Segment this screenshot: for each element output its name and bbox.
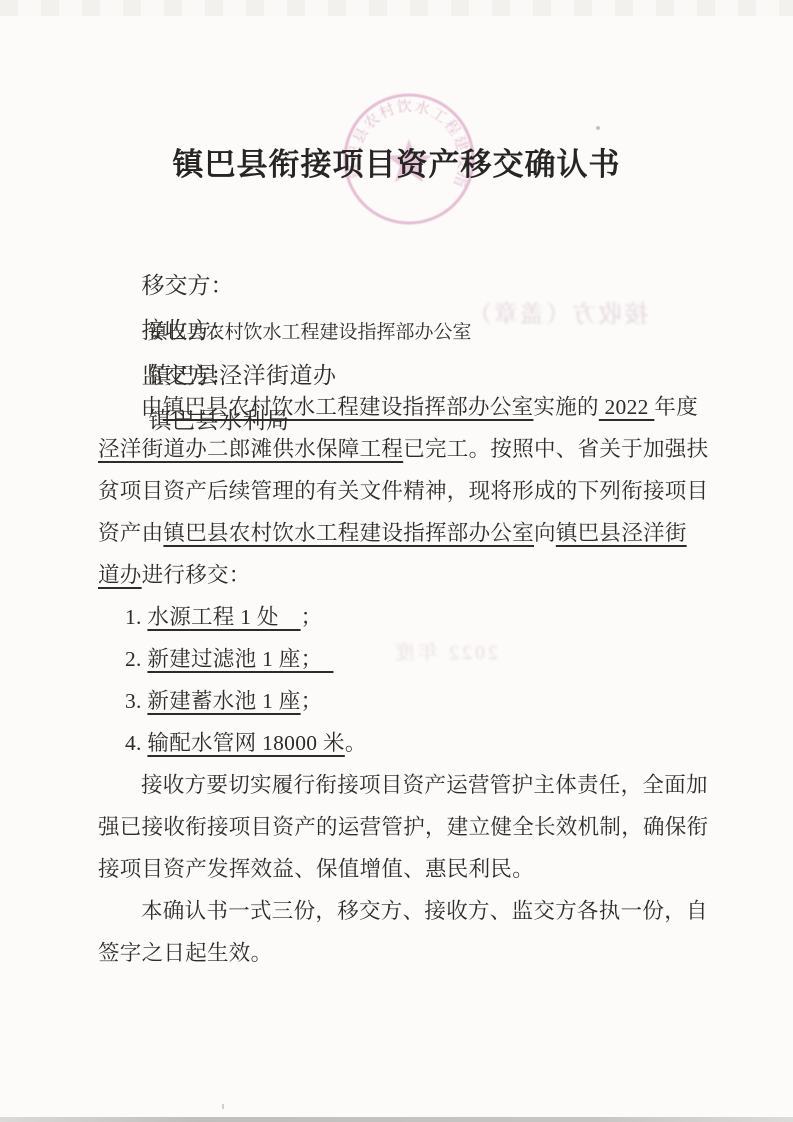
text-line: 接项目资产发挥效益、保值增值、惠民利民。 (98, 848, 718, 890)
underlined-text-segment: 镇巴县农村饮水工程建设指挥部办公室 (163, 521, 534, 545)
text-line: 贫项目资产后续管理的有关文件精神，现将形成的下列衔接项目 (98, 470, 718, 512)
text-segment: ； (301, 605, 323, 629)
text-line: 3. 新建蓄水池 1 座； (98, 680, 718, 722)
text-segment: 强已接收衔接项目资产的运营管护，建立健全长效机制，确保衔 (98, 815, 708, 839)
scan-speck (596, 126, 600, 130)
underlined-text-segment: 泾洋街道办二郎滩供水保障工程 (98, 437, 403, 461)
text-line: 接收方要切实履行衔接项目资产运营管护主体责任，全面加 (98, 764, 718, 806)
text-segment: 实施的 (533, 395, 598, 419)
underlined-text-segment: 输配水管网 18000 米 (147, 731, 344, 755)
underlined-text-segment: 新建蓄水池 1 座 (147, 689, 300, 713)
text-segment: ； (301, 689, 323, 713)
underlined-text-segment: 水源工程 1 处 (147, 605, 300, 629)
text-segment: 向 (534, 521, 556, 545)
underlined-text-segment: 2022 (599, 395, 655, 419)
text-segment: 已完工。按照中、省关于加强扶 (403, 437, 708, 461)
text-segment: 3. (125, 689, 147, 713)
text-line: 由镇巴县农村饮水工程建设指挥部办公室实施的 2022 年度 (98, 386, 718, 428)
underlined-text-segment: 镇巴县农村饮水工程建设指挥部办公室 (163, 395, 534, 419)
text-segment: 接项目资产发挥效益、保值增值、惠民利民。 (98, 857, 534, 881)
scanned-document-page: 镇巴县农村饮水工程建设指挥部 接收方（盖章） 2022 年度 镇巴县衔接项目资产… (0, 0, 793, 1122)
text-line: 签字之日起生效。 (98, 932, 718, 974)
text-line: 泾洋街道办二郎滩供水保障工程已完工。按照中、省关于加强扶 (98, 428, 718, 470)
text-line: 资产由镇巴县农村饮水工程建设指挥部办公室向镇巴县泾洋街 (98, 512, 718, 554)
text-line: 本确认书一式三份，移交方、接收方、监交方各执一份，自 (98, 890, 718, 932)
offset-print-top: 接收方（盖章） (483, 294, 648, 329)
text-segment: 由 (141, 395, 163, 419)
text-segment: 本确认书一式三份，移交方、接收方、监交方各执一份，自 (141, 899, 708, 923)
party-row-transferor: 移交方： 镇巴县农村饮水工程建设指挥部办公室 (107, 218, 472, 263)
underlined-text-segment: 镇巴县泾洋街 (556, 521, 687, 545)
text-segment: 。 (345, 731, 367, 755)
scan-speck (222, 1104, 224, 1109)
text-segment: 4. (125, 731, 147, 755)
parties-block: 移交方： 镇巴县农村饮水工程建设指挥部办公室 接收方： 镇巴县泾洋街道办 监交方… (107, 218, 472, 353)
text-segment: 进行移交： (142, 563, 251, 587)
underlined-text-segment: 新建过滤池 1 座； (147, 647, 333, 671)
transferor-label: 移交方： (142, 263, 234, 308)
text-segment: 2. (125, 647, 147, 671)
text-segment: 年度 (654, 395, 698, 419)
scan-edge-top (0, 0, 793, 16)
text-line: 1. 水源工程 1 处 ； (98, 596, 718, 638)
text-line: 4. 输配水管网 18000 米。 (98, 722, 718, 764)
receiver-label: 接收方： (142, 308, 234, 353)
text-segment: 资产由 (98, 521, 163, 545)
text-line: 道办进行移交： (98, 554, 718, 596)
text-line: 强已接收衔接项目资产的运营管护，建立健全长效机制，确保衔 (98, 806, 718, 848)
text-segment: 1. (125, 605, 147, 629)
document-title: 镇巴县衔接项目资产移交确认书 (0, 139, 793, 184)
underlined-text-segment: 道办 (98, 563, 142, 587)
text-segment: 签字之日起生效。 (98, 941, 272, 965)
text-segment: 贫项目资产后续管理的有关文件精神，现将形成的下列衔接项目 (98, 479, 708, 503)
text-line: 2. 新建过滤池 1 座； (98, 638, 718, 680)
scan-edge-bottom (0, 1117, 793, 1122)
document-body: 由镇巴县农村饮水工程建设指挥部办公室实施的 2022 年度泾洋街道办二郎滩供水保… (98, 386, 718, 974)
text-segment: 接收方要切实履行衔接项目资产运营管护主体责任，全面加 (141, 773, 708, 797)
